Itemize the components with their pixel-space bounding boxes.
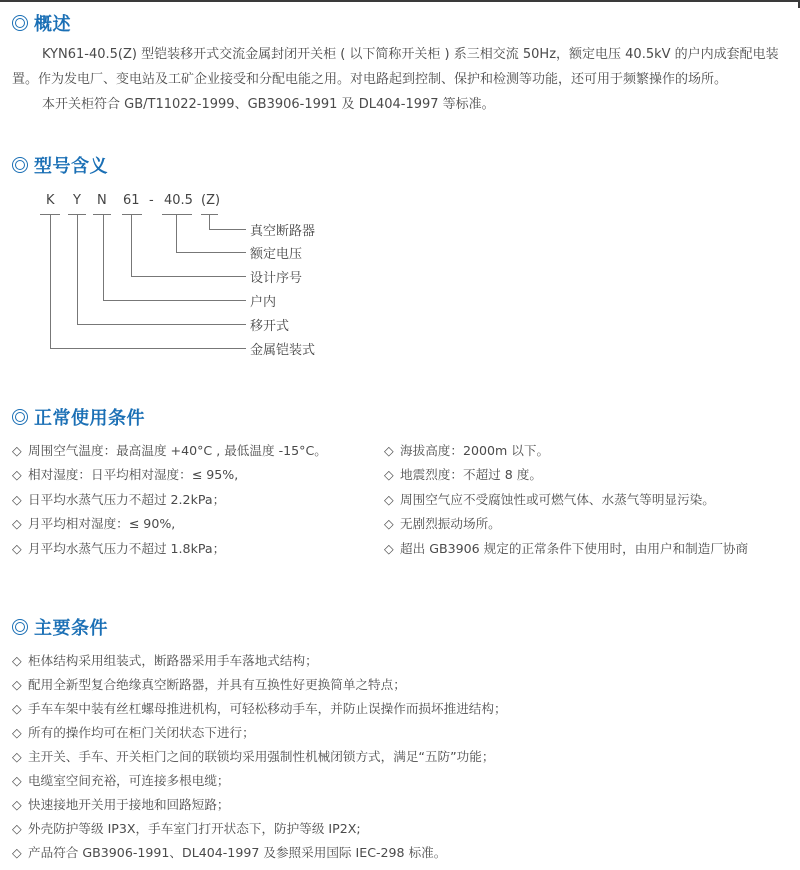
list-item: ◇月平均水蒸气压力不超过 1.8kPa； (12, 537, 225, 562)
diamond-bullet-icon: ◇ (12, 769, 26, 794)
diamond-bullet-icon: ◇ (12, 697, 26, 722)
list-item: ◇所有的操作均可在柜门关闭状态下进行； (12, 721, 255, 746)
double-circle-icon (12, 157, 28, 173)
section-title-model: 型号含义 (12, 152, 108, 178)
list-item: ◇主开关、手车、开关柜门之间的联锁均采用强制性机械闭锁方式，满足“五防”功能； (12, 745, 494, 770)
overview-paragraph-line1: KYN61-40.5(Z) 型铠装移开式交流金属封闭开关柜 ( 以下简称开关柜 … (42, 43, 779, 67)
top-border (0, 0, 800, 2)
list-item: ◇柜体结构采用组装式，断路器采用手车落地式结构； (12, 649, 318, 674)
list-item: ◇无剧烈振动场所。 (384, 512, 501, 537)
list-item: ◇超出 GB3906 规定的正常条件下使用时，由用户和制造厂协商 (384, 537, 748, 562)
diamond-bullet-icon: ◇ (384, 488, 398, 513)
overview-paragraph-line2: 置。作为发电厂、变电站及工矿企业接受和分配电能之用。对电路起到控制、保护和检测等… (12, 68, 727, 92)
diamond-bullet-icon: ◇ (12, 439, 26, 464)
meaning-label: 移开式 (250, 315, 289, 334)
list-item: ◇产品符合 GB3906-1991、DL404-1997 及参照采用国际 IEC… (12, 841, 446, 866)
double-circle-icon (12, 409, 28, 425)
list-item: ◇配用全新型复合绝缘真空断路器，并具有互换性好更换简单之特点； (12, 673, 406, 698)
list-item: ◇周围空气应不受腐蚀性或可燃气体、水蒸气等明显污染。 (384, 488, 715, 513)
list-item: ◇相对湿度：日平均相对湿度：≤ 95%, (12, 463, 238, 488)
diamond-bullet-icon: ◇ (12, 721, 26, 746)
meaning-label: 户内 (250, 291, 276, 310)
meaning-label: 额定电压 (250, 243, 302, 262)
diamond-bullet-icon: ◇ (384, 537, 398, 562)
list-item: ◇快速接地开关用于接地和回路短路； (12, 793, 230, 818)
meaning-label: 真空断路器 (250, 220, 315, 239)
list-item: ◇外壳防护等级 IP3X，手车室门打开状态下，防护等级 IP2X; (12, 817, 361, 842)
list-item: ◇日平均水蒸气压力不超过 2.2kPa； (12, 488, 225, 513)
section-title-conditions: 正常使用条件 (12, 404, 145, 430)
diamond-bullet-icon: ◇ (384, 463, 398, 488)
double-circle-icon (12, 619, 28, 635)
list-item: ◇手车车架中装有丝杠螺母推进机构，可轻松移动手车，并防止误操作而损坏推进结构； (12, 697, 507, 722)
diamond-bullet-icon: ◇ (12, 793, 26, 818)
list-item: ◇电缆室空间充裕，可连接多根电缆； (12, 769, 230, 794)
meaning-label: 金属铠装式 (250, 339, 315, 358)
list-item: ◇月平均相对湿度：≤ 90%, (12, 512, 175, 537)
diamond-bullet-icon: ◇ (12, 817, 26, 842)
list-item: ◇地震烈度：不超过 8 度。 (384, 463, 542, 488)
double-circle-icon (12, 15, 28, 31)
diamond-bullet-icon: ◇ (12, 649, 26, 674)
diamond-bullet-icon: ◇ (12, 841, 26, 866)
list-item: ◇海拔高度：2000m 以下。 (384, 439, 549, 464)
list-item: ◇周围空气温度：最高温度 +40°C , 最低温度 -15°C。 (12, 439, 327, 464)
diamond-bullet-icon: ◇ (384, 439, 398, 464)
section-title-overview: 概述 (12, 10, 71, 36)
diamond-bullet-icon: ◇ (384, 512, 398, 537)
overview-standards: 本开关柜符合 GB/T11022-1999、GB3906-1991 及 DL40… (42, 93, 495, 117)
diamond-bullet-icon: ◇ (12, 745, 26, 770)
diamond-bullet-icon: ◇ (12, 488, 26, 513)
section-title-main: 主要条件 (12, 614, 108, 640)
diamond-bullet-icon: ◇ (12, 463, 26, 488)
diamond-bullet-icon: ◇ (12, 537, 26, 562)
diamond-bullet-icon: ◇ (12, 673, 26, 698)
meaning-label: 设计序号 (250, 267, 302, 286)
diamond-bullet-icon: ◇ (12, 512, 26, 537)
